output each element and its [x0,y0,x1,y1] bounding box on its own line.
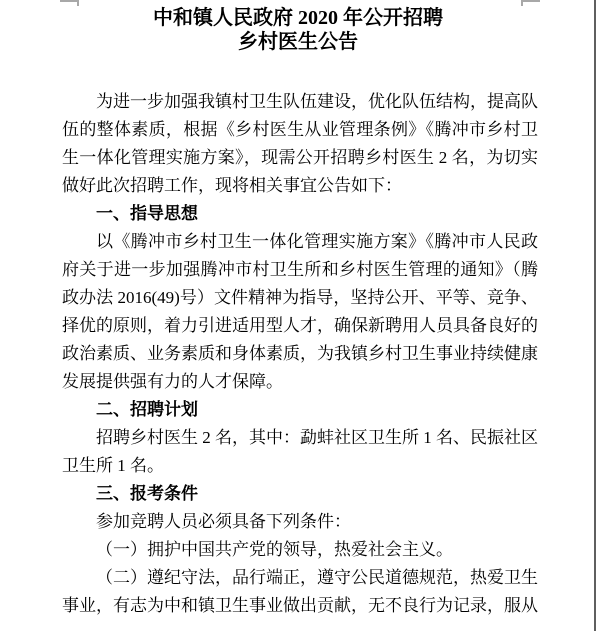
title-line-2: 乡村医生公告 [0,30,596,54]
paragraph: （二）遵纪守法，品行端正，遵守公民道德规范，热爱卫生事业，有志为中和镇卫生事业做… [62,564,538,620]
section-heading: 二、招聘计划 [62,396,538,424]
text-boundary-mark-right [521,0,540,6]
paragraph: 为进一步加强我镇村卫生队伍建设，优化队伍结构，提高队伍的整体素质，根据《乡村医生… [62,88,538,200]
paragraph: 招聘乡村医生 2 名，其中：勐蚌社区卫生所 1 名、民振社区卫生所 1 名。 [62,424,538,480]
document-body: 为进一步加强我镇村卫生队伍建设，优化队伍结构，提高队伍的整体素质，根据《乡村医生… [62,88,538,620]
document-page: 中和镇人民政府 2020 年公开招聘 乡村医生公告 为进一步加强我镇村卫生队伍建… [0,0,596,631]
title-line-1: 中和镇人民政府 2020 年公开招聘 [0,6,596,30]
paragraph: 参加竞聘人员必须具备下列条件： [62,508,538,536]
section-heading: 一、指导思想 [62,200,538,228]
paragraph: （一）拥护中国共产党的领导，热爱社会主义。 [62,536,538,564]
paragraph: 以《腾冲市乡村卫生一体化管理实施方案》《腾冲市人民政府关于进一步加强腾冲市村卫生… [62,228,538,396]
document-title: 中和镇人民政府 2020 年公开招聘 乡村医生公告 [0,0,596,54]
text-boundary-mark-left [60,0,79,6]
section-heading: 三、报考条件 [62,480,538,508]
